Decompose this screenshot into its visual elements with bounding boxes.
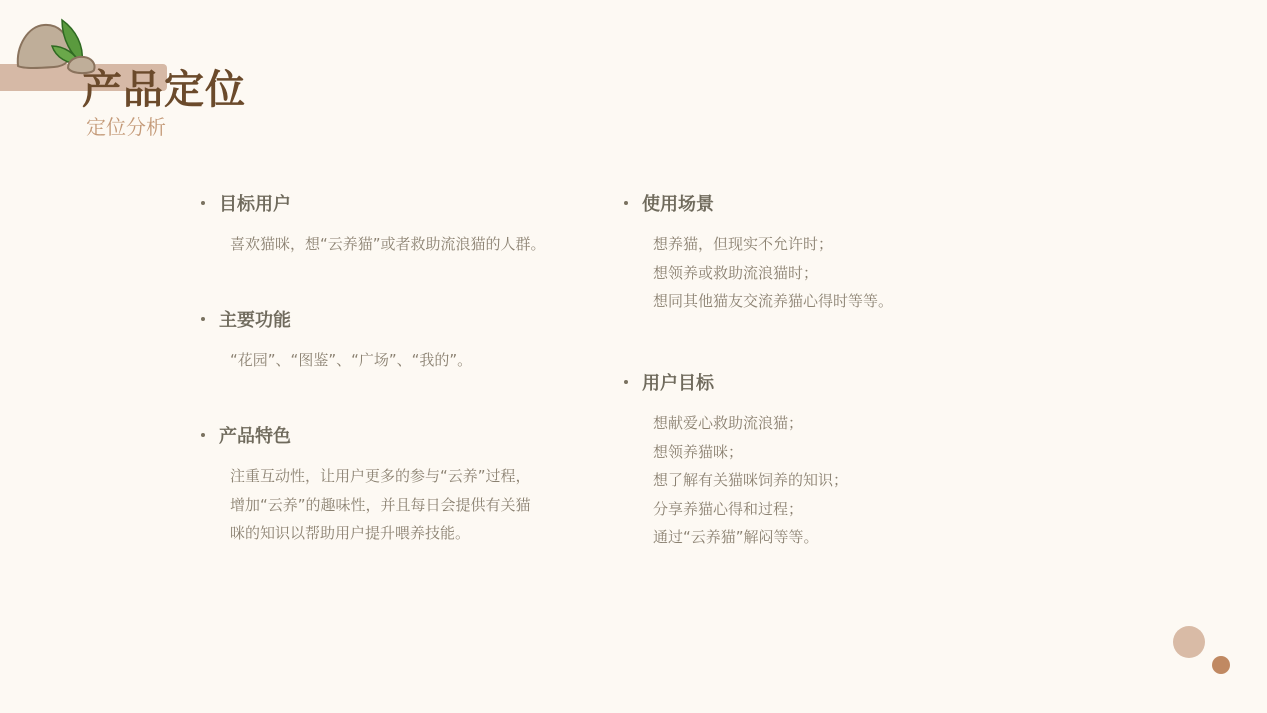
section-title: 产品特色	[219, 422, 291, 448]
section-product-features: 产品特色 注重互动性，让用户更多的参与“云养”过程， 增加“云养”的趣味性，并且…	[199, 422, 531, 548]
section-line: 注重互动性，让用户更多的参与“云养”过程，	[230, 462, 531, 491]
section-line: 分享养猫心得和过程；	[653, 495, 848, 524]
section-line: 咪的知识以帮助用户提升喂养技能。	[230, 519, 531, 548]
section-title: 主要功能	[219, 306, 291, 332]
section-line: 想献爱心救助流浪猫；	[653, 409, 848, 438]
section-user-goals: 用户目标 想献爱心救助流浪猫； 想领养猫咪； 想了解有关猫咪饲养的知识； 分享养…	[622, 369, 848, 552]
section-target-users: 目标用户 喜欢猫咪，想“云养猫”或者救助流浪猫的人群。	[199, 190, 546, 259]
section-line: 想领养猫咪；	[653, 438, 848, 467]
decorative-circle-small	[1212, 656, 1230, 674]
section-line: 想了解有关猫咪饲养的知识；	[653, 466, 848, 495]
section-line: 增加“云养”的趣味性，并且每日会提供有关猫	[230, 491, 531, 520]
section-main-features: 主要功能 “花园”、“图鉴”、“广场”、“我的”。	[199, 306, 472, 375]
decorative-circle-large	[1173, 626, 1205, 658]
page-subtitle: 定位分析	[86, 114, 166, 140]
bullet-icon	[201, 433, 205, 437]
section-title: 用户目标	[642, 369, 714, 395]
bullet-icon	[201, 317, 205, 321]
section-line: 想同其他猫友交流养猫心得时等等。	[653, 287, 893, 316]
section-title: 目标用户	[219, 190, 291, 216]
page-title: 产品定位	[82, 66, 246, 114]
bullet-icon	[201, 201, 205, 205]
section-line: 想养猫，但现实不允许时；	[653, 230, 893, 259]
section-line: “花园”、“图鉴”、“广场”、“我的”。	[230, 346, 472, 375]
section-line: 通过“云养猫”解闷等等。	[653, 523, 848, 552]
bullet-icon	[624, 380, 628, 384]
section-line: 喜欢猫咪，想“云养猫”或者救助流浪猫的人群。	[230, 230, 546, 259]
bullet-icon	[624, 201, 628, 205]
section-title: 使用场景	[642, 190, 714, 216]
section-line: 想领养或救助流浪猫时；	[653, 259, 893, 288]
section-usage-scenarios: 使用场景 想养猫，但现实不允许时； 想领养或救助流浪猫时； 想同其他猫友交流养猫…	[622, 190, 893, 316]
